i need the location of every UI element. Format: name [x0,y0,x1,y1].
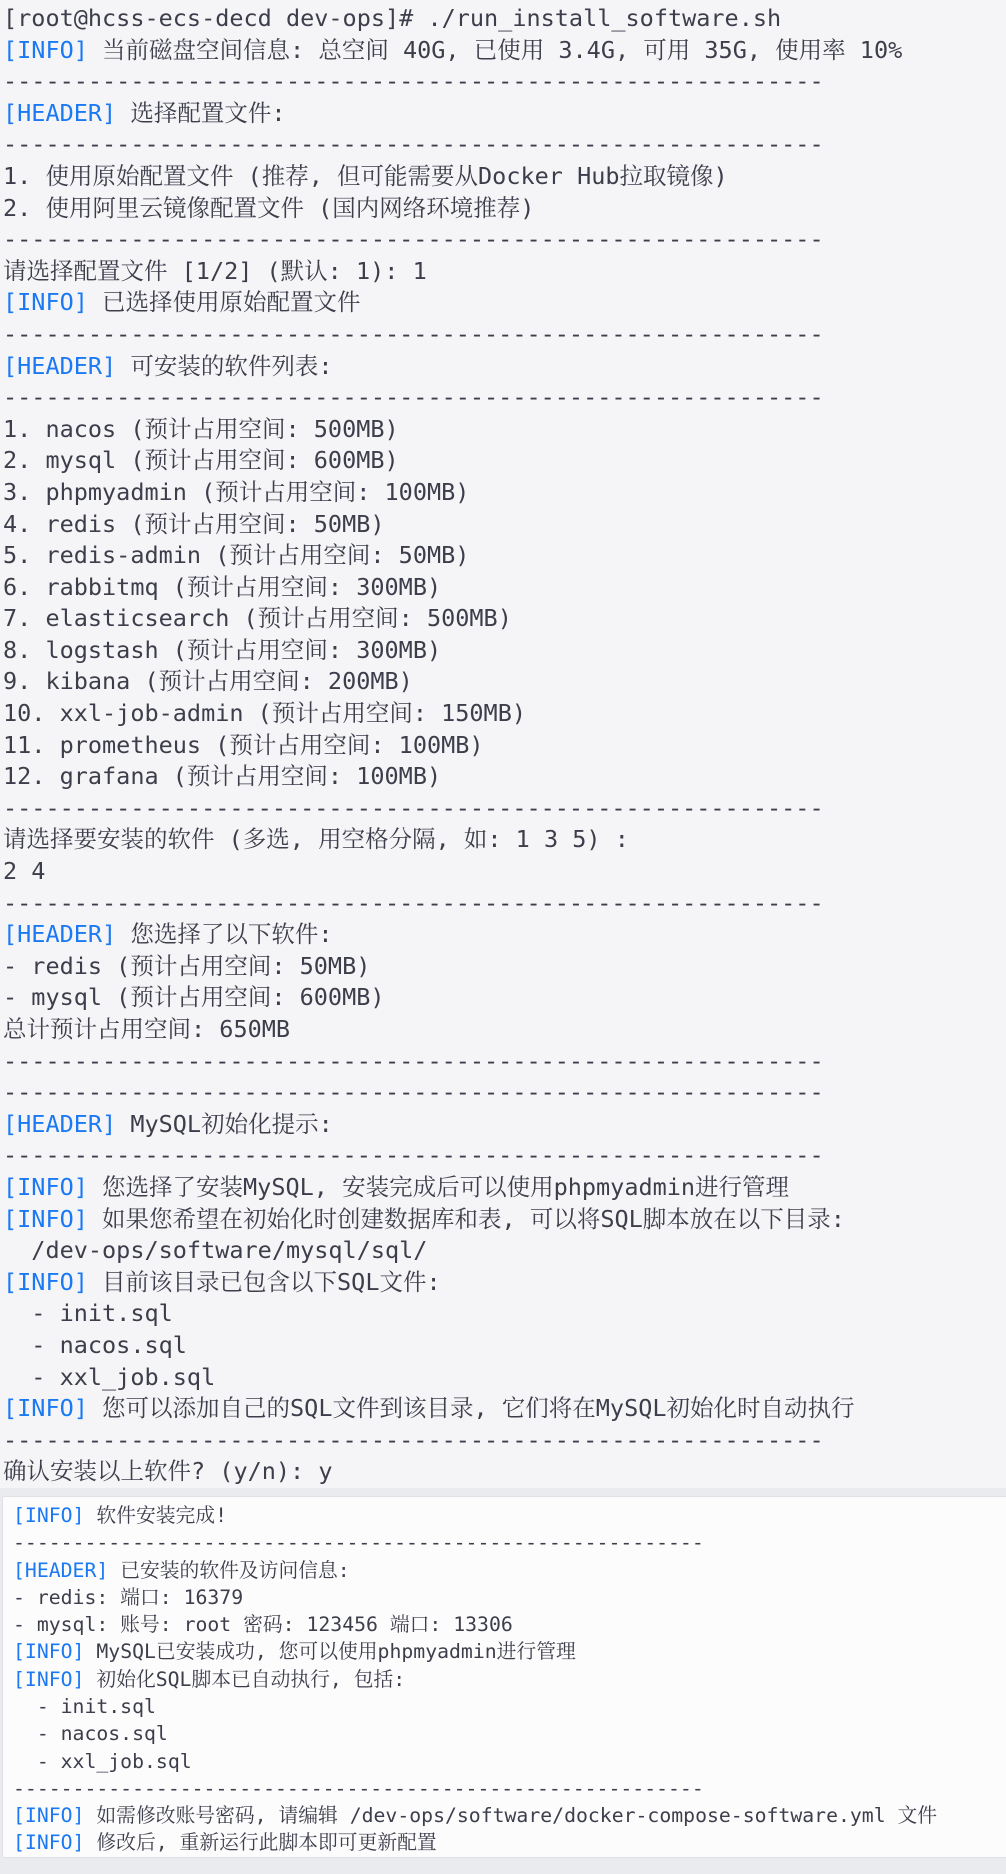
separator-line: ----------------------------------------… [3,1140,1006,1172]
log-line: [INFO] 修改后, 重新运行此脚本即可更新配置 [13,1829,1006,1856]
log-line: [INFO] 软件安装完成! [13,1502,1006,1529]
info-tag: [INFO] [3,1394,88,1422]
output-text-line: 5. redis-admin (预计占用空间: 50MB) [3,540,1006,572]
install-result-panel: [INFO] 软件安装完成!--------------------------… [2,1496,1006,1858]
output-text-line: - nacos.sql [13,1720,1006,1747]
log-line: [INFO] 如果您希望在初始化时创建数据库和表, 可以将SQL脚本放在以下目录… [3,1204,1006,1236]
separator-line: ----------------------------------------… [3,66,1006,98]
log-line: [HEADER] 您选择了以下软件: [3,919,1006,951]
header-tag: [HEADER] [13,1559,108,1582]
shell-command-line: [root@hcss-ecs-decd dev-ops]# ./run_inst… [3,3,1006,35]
separator-line: ----------------------------------------… [3,129,1006,161]
output-text-line: 2. mysql (预计占用空间: 600MB) [3,445,1006,477]
log-line: [HEADER] MySQL初始化提示: [3,1109,1006,1141]
log-line: [INFO] 初始化SQL脚本已自动执行, 包括: [13,1666,1006,1693]
terminal-transcript: [root@hcss-ecs-decd dev-ops]# ./run_inst… [0,0,1006,1488]
separator-line: ----------------------------------------… [3,888,1006,920]
log-line: [HEADER] 选择配置文件: [3,98,1006,130]
output-text-line: 12. grafana (预计占用空间: 100MB) [3,761,1006,793]
log-line: [HEADER] 已安装的软件及访问信息: [13,1557,1006,1584]
info-tag: [INFO] [3,36,88,64]
log-line: [INFO] 您可以添加自己的SQL文件到该目录, 它们将在MySQL初始化时自… [3,1393,1006,1425]
output-text-line: 1. 使用原始配置文件 (推荐, 但可能需要从Docker Hub拉取镜像) [3,161,1006,193]
separator-line: ----------------------------------------… [3,224,1006,256]
separator-line: ----------------------------------------… [13,1775,1006,1802]
output-text-line: - redis (预计占用空间: 50MB) [3,951,1006,983]
info-tag: [INFO] [3,288,88,316]
output-text-line: - redis: 端口: 16379 [13,1584,1006,1611]
separator-line: ----------------------------------------… [3,793,1006,825]
info-tag: [INFO] [13,1504,84,1527]
output-text-line: 2. 使用阿里云镜像配置文件 (国内网络环境推荐) [3,193,1006,225]
info-tag: [INFO] [13,1668,84,1691]
info-tag: [INFO] [13,1831,84,1854]
separator-line: ----------------------------------------… [3,382,1006,414]
log-line: [INFO] MySQL已安装成功, 您可以使用phpmyadmin进行管理 [13,1638,1006,1665]
output-text-line: 11. prometheus (预计占用空间: 100MB) [3,730,1006,762]
log-line: [INFO] 已选择使用原始配置文件 [3,287,1006,319]
prompt-line: 请选择配置文件 [1/2] (默认: 1): 1 [3,256,1006,288]
output-text-line: /dev-ops/software/mysql/sql/ [3,1235,1006,1267]
header-tag: [HEADER] [3,352,116,380]
output-text-line: - xxl_job.sql [3,1362,1006,1394]
info-tag: [INFO] [3,1205,88,1233]
prompt-line: 确认安装以上软件? (y/n): y [3,1456,1006,1488]
separator-line: ----------------------------------------… [3,1046,1006,1078]
info-tag: [INFO] [3,1173,88,1201]
user-input-line: 2 4 [3,856,1006,888]
terminal-page: [root@hcss-ecs-decd dev-ops]# ./run_inst… [0,0,1006,1858]
log-line: [INFO] 目前该目录已包含以下SQL文件: [3,1267,1006,1299]
output-text-line: - init.sql [3,1298,1006,1330]
output-text-line: 总计预计占用空间: 650MB [3,1014,1006,1046]
output-text-line: 3. phpmyadmin (预计占用空间: 100MB) [3,477,1006,509]
header-tag: [HEADER] [3,99,116,127]
log-line: [HEADER] 可安装的软件列表: [3,351,1006,383]
output-text-line: 9. kibana (预计占用空间: 200MB) [3,666,1006,698]
output-text-line: - init.sql [13,1693,1006,1720]
output-text-line: 8. logstash (预计占用空间: 300MB) [3,635,1006,667]
info-tag: [INFO] [13,1640,84,1663]
output-text-line: - xxl_job.sql [13,1748,1006,1775]
separator-line: ----------------------------------------… [3,1425,1006,1457]
output-text-line: - mysql: 账号: root 密码: 123456 端口: 13306 [13,1611,1006,1638]
output-text-line: - mysql (预计占用空间: 600MB) [3,982,1006,1014]
log-line: [INFO] 当前磁盘空间信息: 总空间 40G, 已使用 3.4G, 可用 3… [3,35,1006,67]
separator-line: ----------------------------------------… [3,1077,1006,1109]
output-text-line: 6. rabbitmq (预计占用空间: 300MB) [3,572,1006,604]
output-text-line: 7. elasticsearch (预计占用空间: 500MB) [3,603,1006,635]
log-line: [INFO] 如需修改账号密码, 请编辑 /dev-ops/software/d… [13,1802,1006,1829]
output-text-line: 10. xxl-job-admin (预计占用空间: 150MB) [3,698,1006,730]
header-tag: [HEADER] [3,920,116,948]
info-tag: [INFO] [13,1804,84,1827]
info-tag: [INFO] [3,1268,88,1296]
header-tag: [HEADER] [3,1110,116,1138]
output-text-line: - nacos.sql [3,1330,1006,1362]
output-text-line: 1. nacos (预计占用空间: 500MB) [3,414,1006,446]
separator-line: ----------------------------------------… [13,1529,1006,1556]
log-line: [INFO] 您选择了安装MySQL, 安装完成后可以使用phpmyadmin进… [3,1172,1006,1204]
output-text-line: 4. redis (预计占用空间: 50MB) [3,509,1006,541]
prompt-line: 请选择要安装的软件 (多选, 用空格分隔, 如: 1 3 5) : [3,824,1006,856]
separator-line: ----------------------------------------… [3,319,1006,351]
